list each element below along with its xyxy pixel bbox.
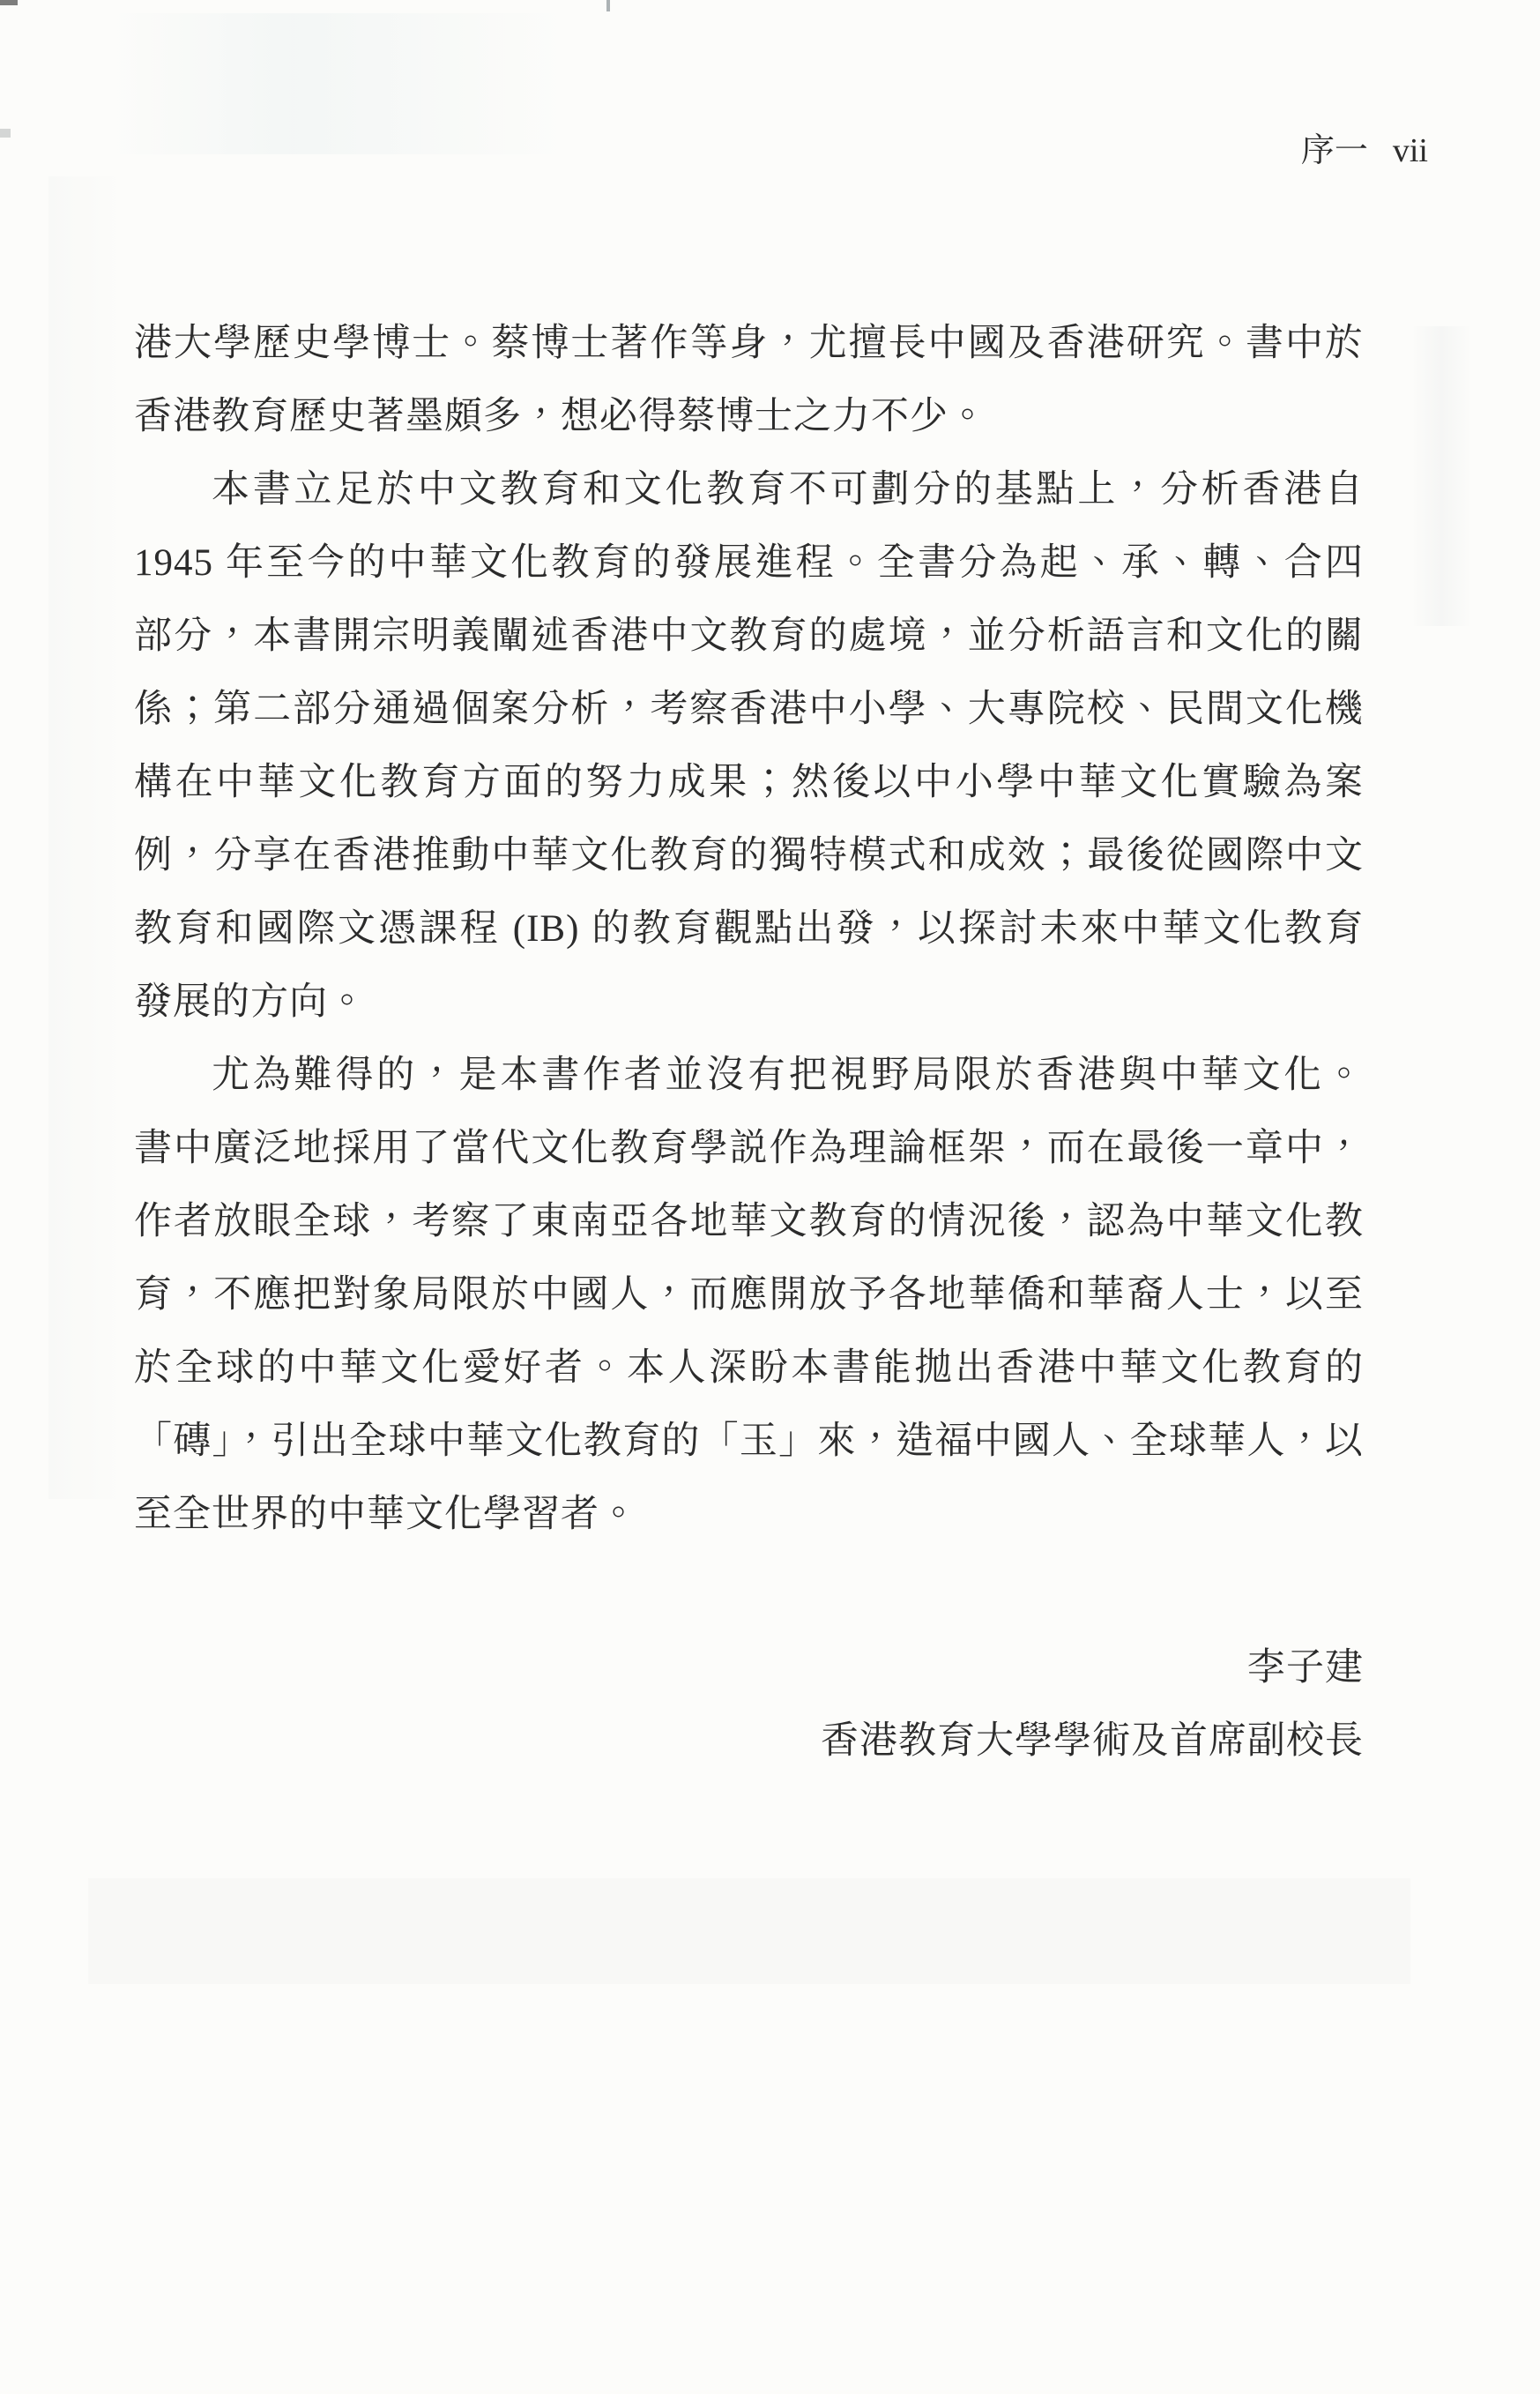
page-number: vii xyxy=(1393,132,1428,169)
text-line: 構在中華文化教育方面的努力成果；然後以中小學中華文化實驗為案 xyxy=(134,746,1364,819)
page: 序一 vii 港大學歷史學博士。蔡博士著作等身，尤擅長中國及香港研究。書中於香港… xyxy=(0,0,1540,2394)
scan-artifact-bottom-band xyxy=(88,1878,1410,1984)
scan-artifact-top-tick xyxy=(606,0,610,11)
text-line: 例，分享在香港推動中華文化教育的獨特模式和成效；最後從國際中文 xyxy=(134,819,1364,892)
page-header: 序一 vii xyxy=(1301,132,1428,169)
text-line: 係；第二部分通過個案分析，考察香港中小學、大專院校、民間文化機 xyxy=(134,673,1364,746)
section-title: 序一 xyxy=(1301,132,1368,169)
text-line: 尤為難得的，是本書作者並沒有把視野局限於香港與中華文化。 xyxy=(134,1039,1364,1112)
text-line: 教育和國際文憑課程 (IB) 的教育觀點出發，以探討未來中華文化教育 xyxy=(134,892,1364,966)
text-line: 作者放眼全球，考察了東南亞各地華文教育的情況後，認為中華文化教 xyxy=(134,1185,1364,1258)
text-line: 本書立足於中文教育和文化教育不可劃分的基點上，分析香港自 xyxy=(134,453,1364,526)
text-line: 書中廣泛地採用了當代文化教育學説作為理論框架，而在最後一章中， xyxy=(134,1112,1364,1185)
scan-artifact-right-streak xyxy=(1410,326,1472,626)
scan-artifact-top-left xyxy=(0,0,18,5)
text-line: 「磚」，引出全球中華文化教育的「玉」來，造福中國人、全球華人，以 xyxy=(134,1405,1364,1478)
text-line: 港大學歷史學博士。蔡博士著作等身，尤擅長中國及香港研究。書中於 xyxy=(134,307,1364,380)
text-line: 育，不應把對象局限於中國人，而應開放予各地華僑和華裔人士，以至 xyxy=(134,1258,1364,1331)
text-line: 至全世界的中華文化學習者。 xyxy=(134,1478,1364,1551)
scan-artifact-left-streak xyxy=(48,176,128,1499)
text-line: 部分，本書開宗明義闡述香港中文教育的處境，並分析語言和文化的關 xyxy=(134,600,1364,673)
body-text: 港大學歷史學博士。蔡博士著作等身，尤擅長中國及香港研究。書中於香港教育歷史著墨頗… xyxy=(134,307,1364,1551)
signature-name: 李子建 xyxy=(821,1631,1364,1704)
scan-artifact-top-tint xyxy=(106,13,573,154)
signature-block: 李子建 香港教育大學學術及首席副校長 xyxy=(821,1631,1364,1778)
text-line: 1945 年至今的中華文化教育的發展進程。全書分為起、承、轉、合四 xyxy=(134,526,1364,600)
signature-title: 香港教育大學學術及首席副校長 xyxy=(821,1704,1364,1778)
text-line: 於全球的中華文化愛好者。本人深盼本書能拋出香港中華文化教育的 xyxy=(134,1331,1364,1405)
scan-artifact-left-smudge xyxy=(0,129,11,138)
text-line: 香港教育歷史著墨頗多，想必得蔡博士之力不少。 xyxy=(134,380,1364,453)
text-line: 發展的方向。 xyxy=(134,966,1364,1039)
